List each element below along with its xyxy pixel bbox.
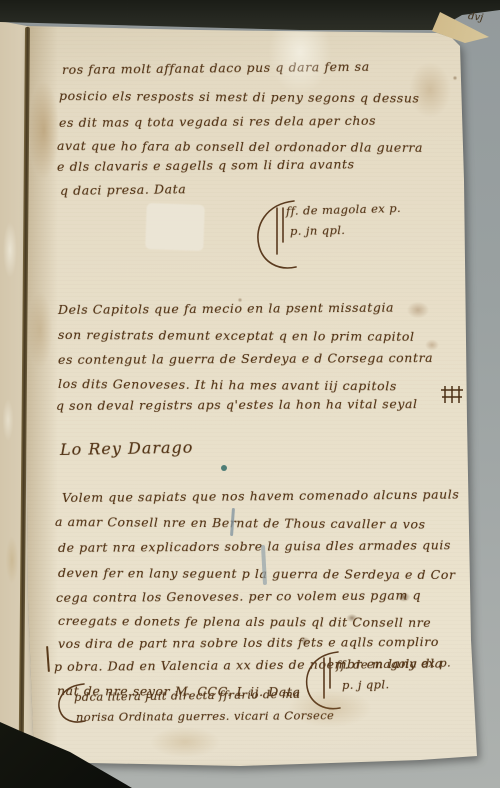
manuscript-line: ros fara molt affanat daco pus q dara fe… [62, 59, 370, 77]
manuscript-line: p obra. Dad en Valencia a xx dies de noe… [54, 656, 443, 674]
ink-stroke [261, 545, 267, 585]
manuscript-line: Volem que sapiats que nos havem comenado… [62, 487, 460, 505]
manuscript-line: es contengut la guerra de Serdeya e d Co… [58, 350, 433, 367]
manuscript-line: es dit mas q tota vegada si res dela ape… [59, 113, 376, 130]
manuscript-line: avat que ho fara ab consell del ordonado… [57, 138, 423, 155]
manuscript-photo: ros fara molt affanat daco pus q dara fe… [0, 0, 500, 788]
manuscript-line: a amar Consell nre en Bernat de Thous ca… [55, 514, 426, 532]
manuscript-line: de part nra explicadors sobre la guisa d… [58, 537, 451, 555]
manuscript-line: deven fer en lany seguent p la guerra de… [58, 565, 456, 582]
paraph-flourish-icon [300, 648, 348, 714]
letter-heading: Lo Rey Darago [60, 438, 194, 459]
manuscript-line: Dels Capitols que fa mecio en la psent m… [58, 300, 394, 317]
manuscript-line: cega contra los Genoveses. per co volem … [56, 587, 421, 605]
paraph-flourish-icon [250, 196, 308, 274]
chancery-note-line: p. jn qpl. [290, 223, 346, 238]
chancery-note-line: p. j qpl. [342, 677, 390, 692]
manuscript-line: posicio els resposts si mest di peny seg… [59, 88, 420, 106]
margin-stroke [46, 646, 50, 672]
parchment-patch [145, 203, 205, 251]
manuscript-line: los dits Genoveses. It hi ha mes avant i… [58, 376, 397, 393]
registration-note-line: norisa Ordinata guerres. vicari a Corsec… [76, 708, 334, 724]
chancery-note-line: ff. de magola ex p. [286, 201, 401, 218]
manuscript-line: e dls clavaris e sagells q som li dira a… [57, 156, 355, 174]
manuscript-line: vos dira de part nra sobre los dits fets… [58, 634, 439, 651]
folio-number: dvj [467, 11, 484, 24]
manuscript-line: nat de nre seyor M. CCC. L ij. Data [57, 683, 301, 699]
manuscript-line: q son deval registrs aps q'estes la hon … [56, 396, 418, 413]
grid-mark-icon [440, 383, 464, 405]
ink-spot [221, 465, 227, 471]
chancery-note-line: ff. de magola ex p. [336, 656, 451, 672]
registration-note-line: pdca litera fuit directa ffrario de ma [74, 687, 301, 704]
manuscript-line: son registrats demunt exceptat q en lo p… [58, 327, 415, 344]
ink-stroke [230, 508, 235, 536]
manuscript-page: ros fara molt affanat daco pus q dara fe… [0, 0, 500, 788]
manuscript-line: q daci presa. Data [60, 181, 187, 198]
manuscript-line: creegats e donets fe plena als pauls ql … [58, 613, 431, 630]
paraph-flourish-icon [54, 680, 90, 726]
